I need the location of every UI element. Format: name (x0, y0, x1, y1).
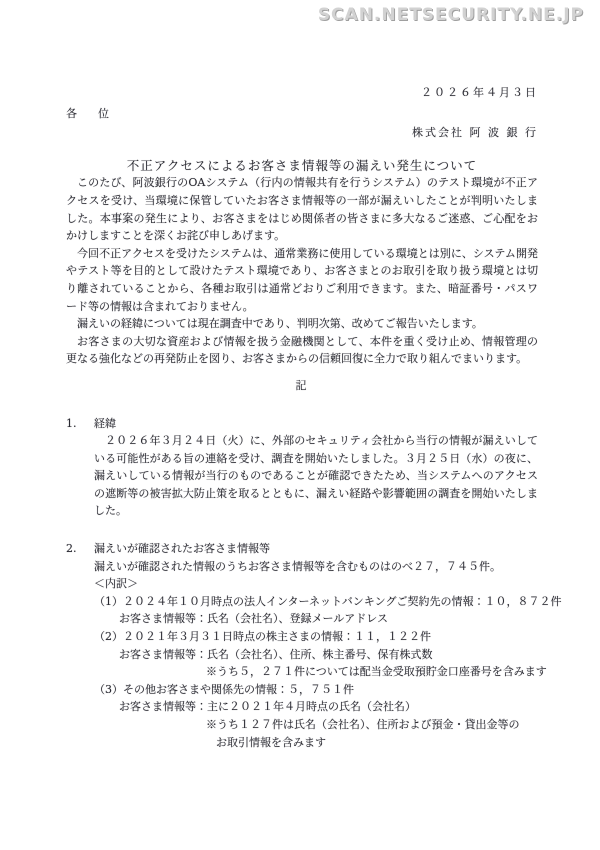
breakdown-item-2-detail: お客さま情報等：氏名（会社名）、住所、株主番号、保有株式数 (94, 646, 538, 664)
breakdown-item-2-note: ※うち５，２７１件については配当金受取預貯金口座番号を含みます (94, 663, 538, 681)
paragraph-1: このたび、阿波銀行のOAシステム（行内の情報共有を行うシステム）のテスト環境が不… (66, 174, 538, 244)
breakdown-item-3-note-continuation: お取引情報を含みます (94, 734, 538, 752)
breakdown-label: ＜内訳＞ (94, 575, 538, 593)
breakdown-item-3-detail: お客さま情報等：主に２０２１年４月時点の氏名（会社名） (94, 698, 538, 716)
record-marker: 記 (66, 377, 538, 395)
section-2-leak-info: 2. 漏えいが確認されたお客さま情報等 漏えいが確認された情報のうちお客さま情報… (66, 540, 538, 751)
paragraph-4: お客さまの大切な資産および情報を扱う金融機関として、本件を重く受け止め、情報管理… (66, 333, 538, 368)
breakdown-item-1-line: （1）２０２４年１０月時点の法人インターネットバンキングご契約先の情報：１０，８… (94, 593, 538, 611)
breakdown-item-1-detail: お客さま情報等：氏名（会社名）、登録メールアドレス (94, 610, 538, 628)
section-2-heading: 2. 漏えいが確認されたお客さま情報等 (66, 540, 538, 558)
section-1-number: 1. (66, 415, 94, 433)
scanned-document-page: SCAN.NETSECURITY.NE.JP ２０２６年４月３日 各 位 株式会… (0, 0, 600, 850)
paragraph-2: 今回不正アクセスを受けたシステムは、通常業務に使用している環境とは別に、システム… (66, 245, 538, 315)
section-1-title: 経緯 (94, 415, 538, 433)
section-1-heading: 1. 経緯 (66, 415, 538, 433)
company-name: 株式会社 阿 波 銀 行 (66, 124, 538, 142)
document-body: ２０２６年４月３日 各 位 株式会社 阿 波 銀 行 不正アクセスによるお客さま… (66, 84, 538, 751)
breakdown-item-3-note: ※うち１２７件は氏名（会社名）、住所および預金・貸出金等の (94, 716, 538, 734)
section-1-body: ２０２６年３月２４日（火）に、外部のセキュリティ会社から当行の情報が漏えいしてい… (94, 432, 538, 520)
addressee-line: 各 位 (66, 105, 538, 123)
breakdown-item-2-line: （2）２０２１年３月３１日時点の株主さまの情報：１１，１２２件 (94, 628, 538, 646)
section-2-number: 2. (66, 540, 94, 558)
section-2-content: 漏えいが確認された情報のうちお客さま情報等を含むものはのべ２７，７４５件。 ＜内… (94, 558, 538, 752)
section-2-title: 漏えいが確認されたお客さま情報等 (94, 540, 538, 558)
site-watermark: SCAN.NETSECURITY.NE.JP (318, 5, 584, 25)
document-title: 不正アクセスによるお客さま情報等の漏えい発生について (66, 157, 538, 175)
document-date: ２０２６年４月３日 (66, 84, 538, 102)
breakdown-item-3-line: （3）その他お客さまや関係先の情報：５，７５１件 (94, 681, 538, 699)
paragraph-3: 漏えいの経緯については現在調査中であり、判明次第、改めてご報告いたします。 (66, 315, 538, 333)
section-1-keii: 1. 経緯 ２０２６年３月２４日（火）に、外部のセキュリティ会社から当行の情報が… (66, 415, 538, 521)
leak-total-line: 漏えいが確認された情報のうちお客さま情報等を含むものはのべ２７，７４５件。 (94, 558, 538, 576)
